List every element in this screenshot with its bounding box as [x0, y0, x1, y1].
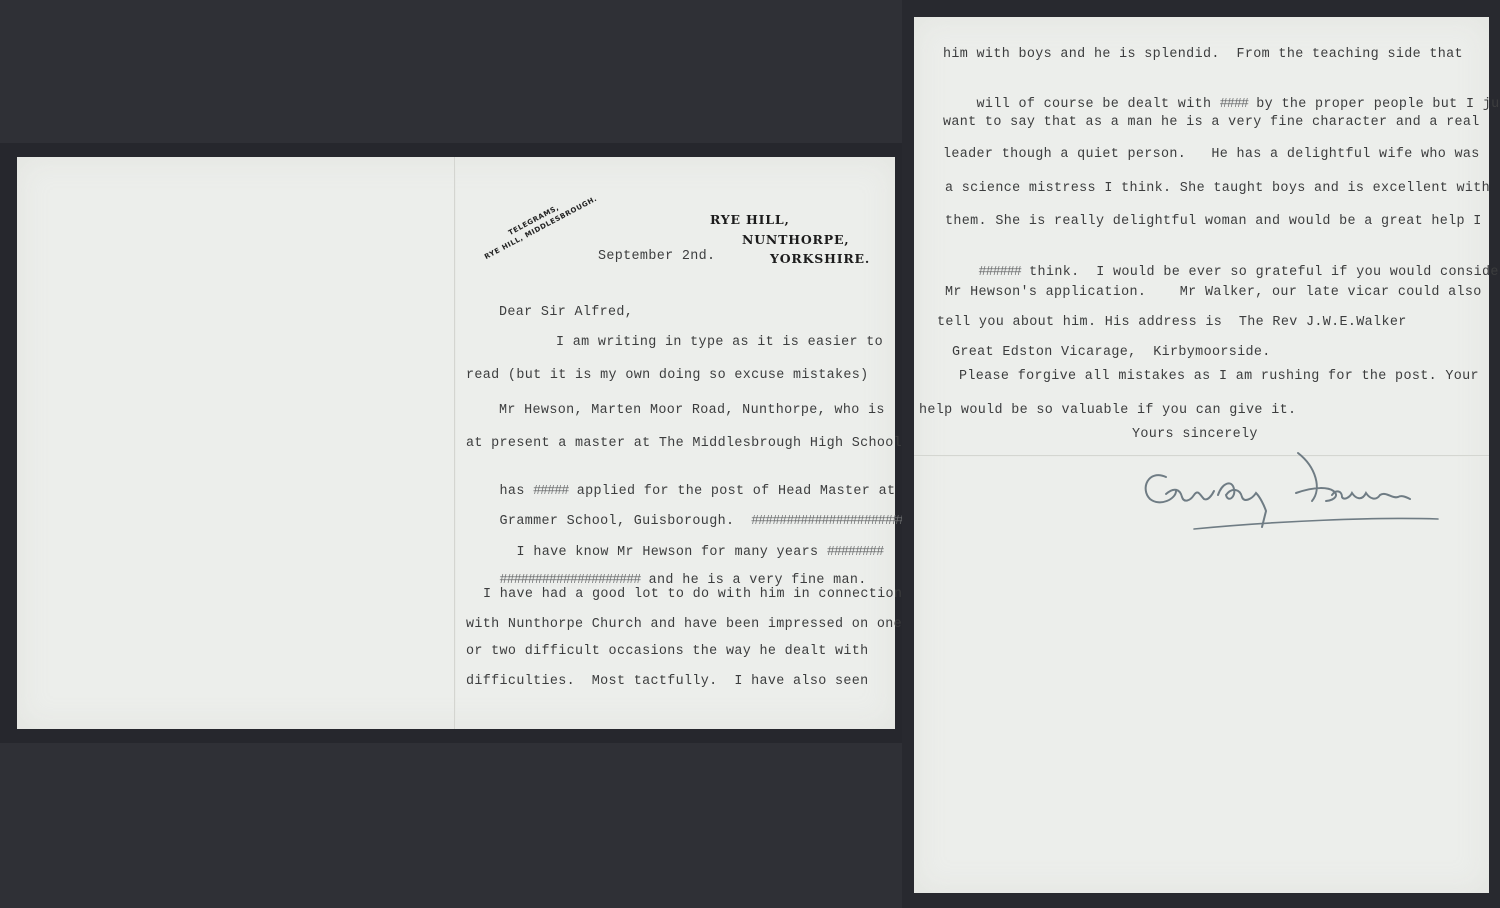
struck-out-text: ######	[979, 265, 1021, 280]
signature	[1136, 439, 1466, 539]
struck-out-text: ####	[1220, 97, 1248, 112]
right-letter-sheet: him with boys and he is splendid. From t…	[914, 17, 1489, 893]
body-line: or two difficult occasions the way he de…	[466, 644, 869, 660]
telegrams-address: RYE HILL, MIDDLESBROUGH.	[483, 195, 598, 261]
body-line: difficulties. Most tactfully. I have als…	[466, 674, 869, 690]
body-line: help would be so valuable if you can giv…	[919, 403, 1296, 419]
struck-out-text: ####################	[500, 573, 641, 588]
body-text: will of course be dealt with	[977, 97, 1212, 112]
body-text: and he is a very fine man.	[649, 573, 867, 588]
struck-out-text: #####	[533, 484, 568, 499]
body-line: Please forgive all mistakes as I am rush…	[959, 369, 1479, 385]
body-text: by the proper people but I just	[1256, 97, 1500, 112]
letterhead-line-2: NUNTHORPE,	[742, 232, 849, 247]
letterhead-line-3: YORKSHIRE.	[770, 251, 870, 266]
body-line: tell you about him. His address is The R…	[937, 315, 1407, 331]
body-line: a science mistress I think. She taught b…	[945, 181, 1490, 197]
body-line: with Nunthorpe Church and have been impr…	[466, 617, 902, 633]
body-line: Mr Hewson's application. Mr Walker, our …	[945, 285, 1482, 301]
body-text: applied for the post of Head Master at T…	[577, 484, 929, 499]
letter-date: September 2nd.	[598, 249, 715, 265]
struck-out-text: ######################	[751, 514, 906, 529]
body-line: Great Edston Vicarage, Kirbymoorside.	[952, 345, 1271, 361]
body-line: I have had a good lot to do with him in …	[483, 587, 902, 603]
body-text: has	[500, 484, 525, 499]
center-fold	[454, 157, 456, 729]
left-letter-sheet: TELEGRAMS, RYE HILL, MIDDLESBROUGH. RYE …	[17, 157, 895, 729]
salutation: Dear Sir Alfred,	[499, 305, 633, 321]
body-line: him with boys and he is splendid. From t…	[943, 47, 1463, 63]
body-line: read (but it is my own doing so excuse m…	[466, 368, 869, 384]
body-line: at present a master at The Middlesbrough…	[466, 436, 902, 452]
body-line: them. She is really delightful woman and…	[945, 214, 1482, 230]
body-line: want to say that as a man he is a very f…	[943, 115, 1480, 131]
body-line: Mr Hewson, Marten Moor Road, Nunthorpe, …	[499, 403, 885, 419]
body-text: think. I would be ever so grateful if yo…	[1029, 265, 1500, 280]
body-line: I am writing in type as it is easier to	[556, 335, 883, 351]
body-line: leader though a quiet person. He has a d…	[943, 147, 1480, 163]
letterhead-line-1: RYE HILL,	[710, 212, 790, 227]
body-text: Grammer School, Guisborough.	[500, 514, 735, 529]
